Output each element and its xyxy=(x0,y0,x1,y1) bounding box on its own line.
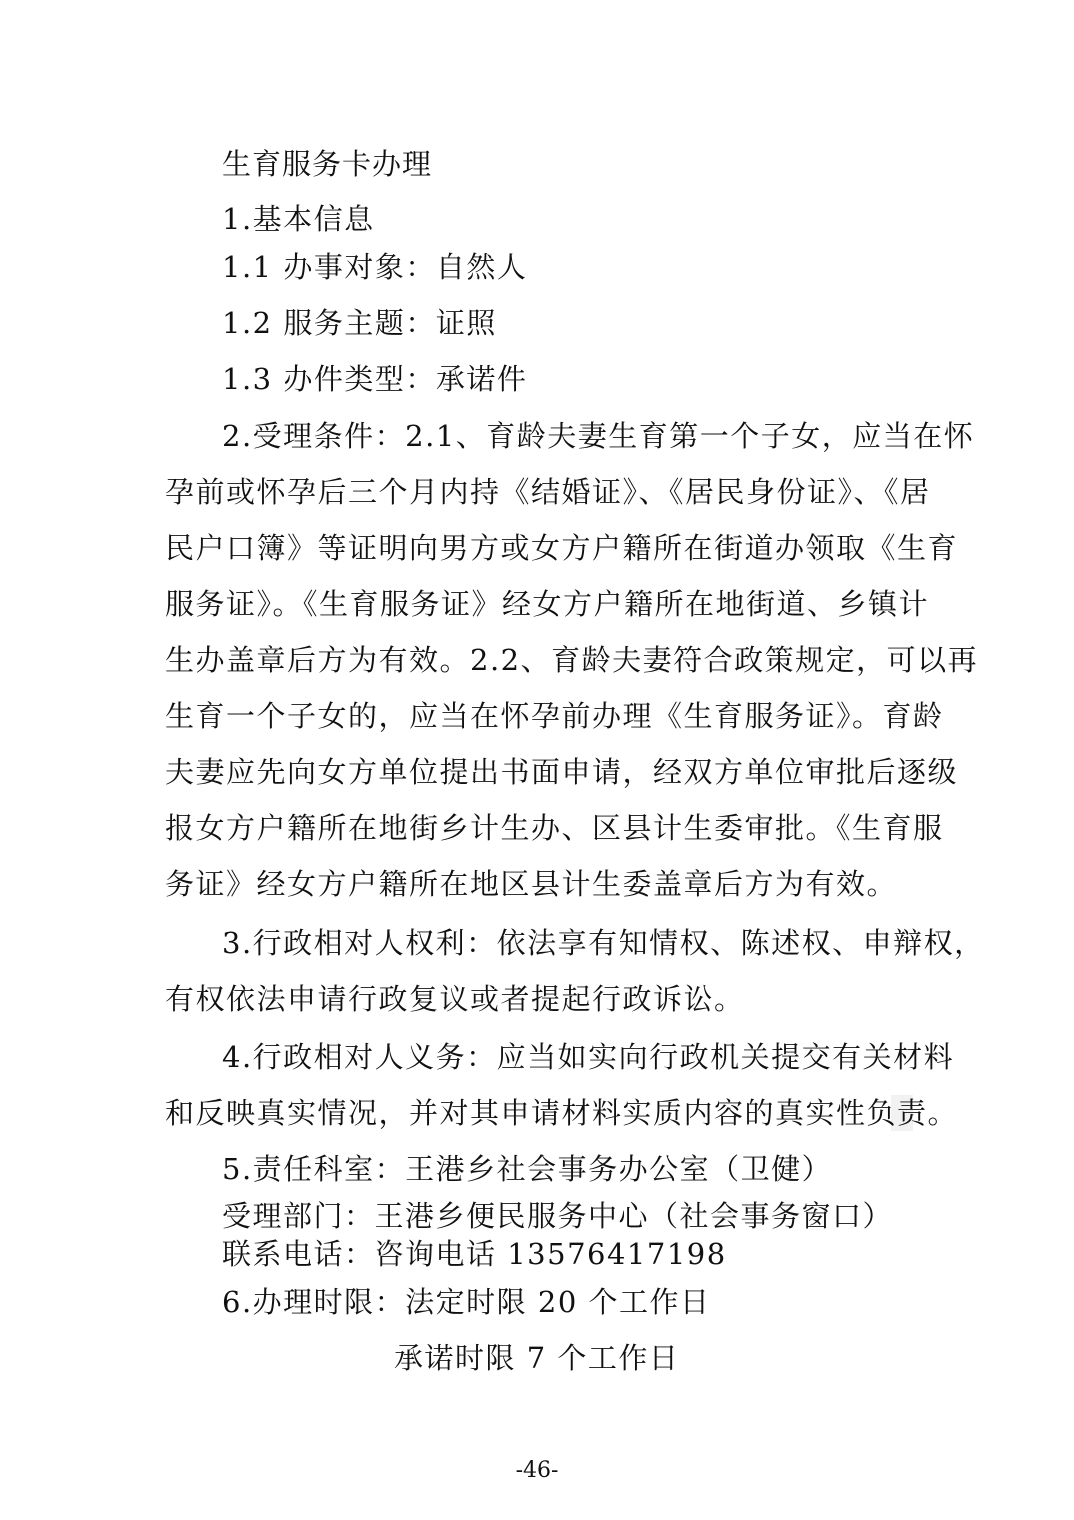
section3-line: 3.行政相对人权利：依法享有知情权、陈述权、申辩权， xyxy=(222,925,913,961)
section2-line: 2.受理条件：2.1、育龄夫妻生育第一个子女，应当在怀 xyxy=(222,418,913,454)
section4-line: 4.行政相对人义务：应当如实向行政机关提交有关材料 xyxy=(222,1039,913,1075)
section4-line: 和反映真实情况，并对其申请材料实质内容的真实性负责。 xyxy=(165,1095,913,1131)
document-title: 生育服务卡办理 xyxy=(222,146,432,182)
section2-line: 孕前或怀孕后三个月内持《结婚证》、《居民身份证》、《居 xyxy=(165,474,913,510)
section3-line: 有权依法申请行政复议或者提起行政诉讼。 xyxy=(165,981,745,1017)
section2-line: 生育一个子女的，应当在怀孕前办理《生育服务证》。育龄 xyxy=(165,698,913,734)
legal-time-limit: 6.办理时限：法定时限 20 个工作日 xyxy=(222,1284,711,1320)
responsible-office: 5.责任科室：王港乡社会事务办公室（卫健） xyxy=(222,1151,832,1187)
promised-time-limit: 承诺时限 7 个工作日 xyxy=(394,1340,679,1376)
section2-line: 夫妻应先向女方单位提出书面申请，经双方单位审批后逐级 xyxy=(165,754,913,790)
section1-heading: 1.基本信息 xyxy=(222,201,375,237)
section2-line: 服务证》。《生育服务证》经女方户籍所在地街道、乡镇计 xyxy=(165,586,913,622)
accepting-department: 受理部门：王港乡便民服务中心（社会事务窗口） xyxy=(222,1198,893,1234)
page-number: -46- xyxy=(0,1458,1074,1484)
section2-line: 民户口簿》等证明向男方或女方户籍所在街道办领取《生育 xyxy=(165,530,913,566)
section2-line: 生办盖章后方为有效。2.2、育龄夫妻符合政策规定，可以再 xyxy=(165,642,913,678)
section2-line: 务证》经女方户籍所在地区县计生委盖章后方为有效。 xyxy=(165,866,897,902)
section2-line: 报女方户籍所在地街乡计生办、区县计生委审批。《生育服 xyxy=(165,810,913,846)
section1-item-type: 1.3 办件类型：承诺件 xyxy=(222,361,527,397)
contact-phone: 联系电话：咨询电话 13576417198 xyxy=(222,1236,727,1272)
section1-item-theme: 1.2 服务主题：证照 xyxy=(222,305,497,341)
section1-item-target: 1.1 办事对象：自然人 xyxy=(222,249,527,285)
